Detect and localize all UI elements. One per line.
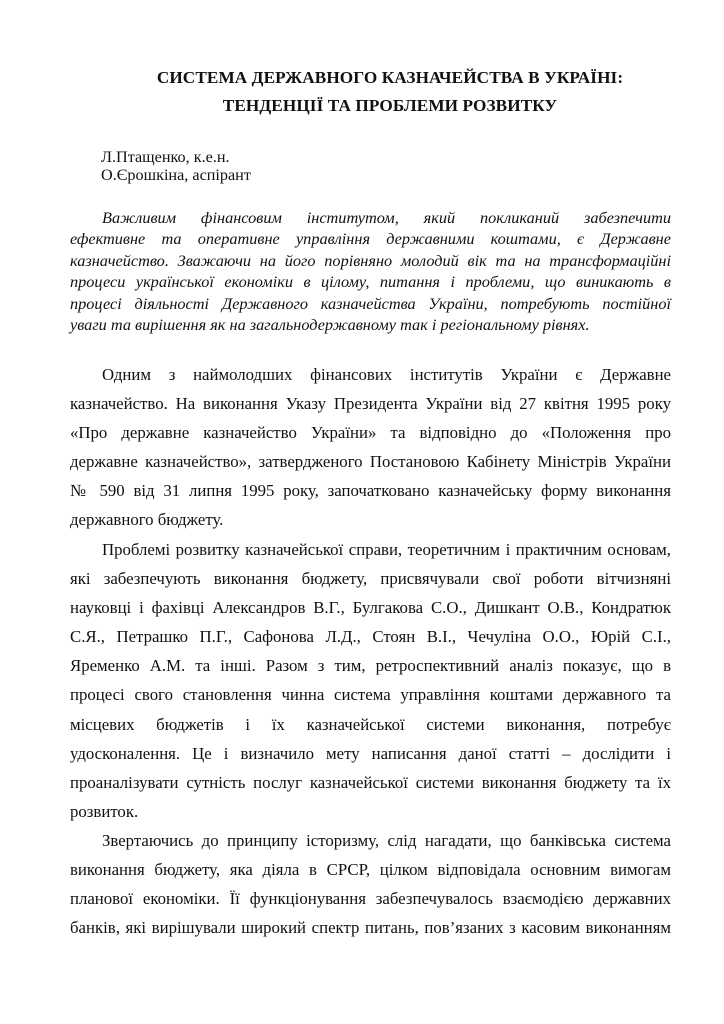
authors-block: Л.Птащенко, к.е.н. О.Єрошкіна, аспірант	[101, 148, 251, 184]
body-line: казначейство. На виконання Указу Президе…	[70, 389, 671, 418]
body-line: № 590 від 31 липня 1995 року, започатков…	[70, 476, 671, 505]
paragraph-2: Проблемі розвитку казначейської справи, …	[70, 535, 671, 826]
body-line: місцевих бюджетів і їх казначейської сис…	[70, 710, 671, 739]
body-line: Звертаючись до принципу історизму, слід …	[70, 826, 671, 855]
body-line: розвиток.	[70, 797, 671, 826]
body-line: державного бюджету.	[70, 505, 671, 534]
body-line: які забезпечують виконання бюджету, прис…	[70, 564, 671, 593]
author-1: Л.Птащенко, к.е.н.	[101, 148, 251, 166]
body-line: банків, які вирішували широкий спектр пи…	[70, 913, 671, 942]
abstract-line: Важливим фінансовим інститутом, який пок…	[70, 207, 671, 228]
abstract-line: уваги та вирішення як на загальнодержавн…	[70, 314, 671, 335]
abstract: Важливим фінансовим інститутом, який пок…	[70, 207, 671, 335]
body-line: проаналізувати сутність послуг казначейс…	[70, 768, 671, 797]
paragraph-1: Одним з наймолодших фінансових інституті…	[70, 360, 671, 535]
body-line: «Про державне казначейство України» та в…	[70, 418, 671, 447]
body-line: Яременко А.М. та інші. Разом з тим, ретр…	[70, 651, 671, 680]
title-line-1: СИСТЕМА ДЕРЖАВНОГО КАЗНАЧЕЙСТВА В УКРАЇН…	[100, 68, 680, 88]
body-line: процесі свого становлення чинна система …	[70, 680, 671, 709]
abstract-line: казначейство. Зважаючи на його порівняно…	[70, 250, 671, 271]
title-line-2: ТЕНДЕНЦІЇ ТА ПРОБЛЕМИ РОЗВИТКУ	[100, 96, 680, 116]
body-line: Одним з наймолодших фінансових інституті…	[70, 360, 671, 389]
body-line: удосконалення. Це і визначило мету напис…	[70, 739, 671, 768]
document-page: СИСТЕМА ДЕРЖАВНОГО КАЗНАЧЕЙСТВА В УКРАЇН…	[0, 0, 724, 1024]
abstract-line: процеси української економіки в цілому, …	[70, 271, 671, 292]
body-line: державне казначейство», затвердженого По…	[70, 447, 671, 476]
abstract-line: процесі діяльності Державного казначейст…	[70, 293, 671, 314]
body-line: планової економіки. Її функціонування за…	[70, 884, 671, 913]
body-line: С.Я., Петрашко П.Г., Сафонова Л.Д., Стоя…	[70, 622, 671, 651]
body-line: Проблемі розвитку казначейської справи, …	[70, 535, 671, 564]
paragraph-3: Звертаючись до принципу історизму, слід …	[70, 826, 671, 942]
abstract-line: ефективне та оперативне управління держа…	[70, 228, 671, 249]
author-2: О.Єрошкіна, аспірант	[101, 166, 251, 184]
body-line: науковці і фахівці Александров В.Г., Бул…	[70, 593, 671, 622]
body-line: виконання бюджету, яка діяла в СРСР, ціл…	[70, 855, 671, 884]
